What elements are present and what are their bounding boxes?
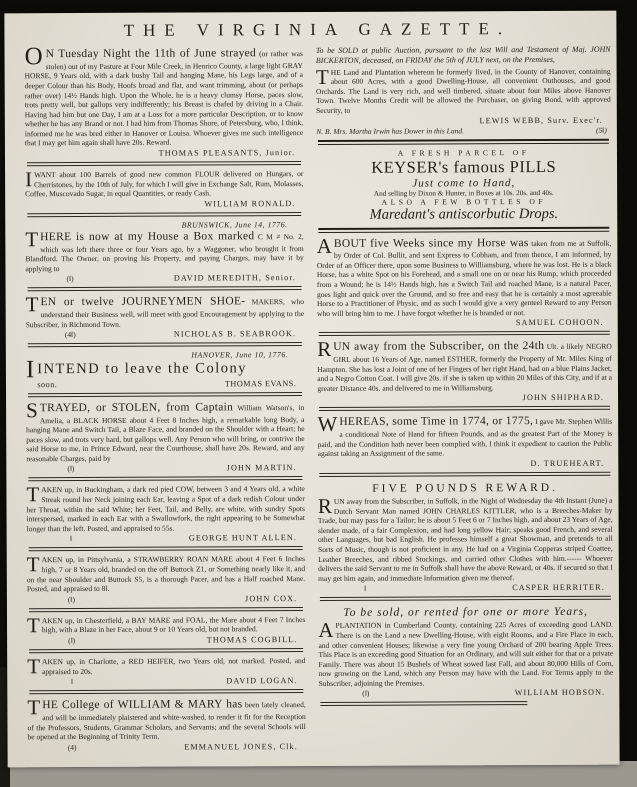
ad-taken-up-cow: TAKEN up, in Buckingham, a dark red pied… xyxy=(26,484,305,545)
ad-lead: EN or twelve JOURNEYMEN SHOE- xyxy=(40,296,245,309)
footnote-mark: (5‖) xyxy=(596,125,607,134)
ad-body: soon. xyxy=(37,380,90,389)
ad-signature: SAMUEL COHOON. xyxy=(411,318,611,328)
ad-body: AKEN up, in Buckingham, a dark red pied … xyxy=(27,485,305,534)
ad-heading: To be sold, or rented for one or more Ye… xyxy=(318,606,613,619)
ad-lead: HERE is now at my House a Box marked xyxy=(40,230,254,243)
drop-cap: S xyxy=(26,401,40,419)
footnote-mark: (‖) xyxy=(25,274,114,283)
drop-cap: I xyxy=(25,170,34,188)
ad-taken-up-red-heifer: TAKEN up, in Charlotte, a RED HEIFER, tw… xyxy=(27,655,305,687)
ad-box-brunswick: BRUNSWICK, June 14, 1776. THERE is now a… xyxy=(25,219,304,285)
drop-cap: W xyxy=(317,415,339,433)
drop-cap: R xyxy=(318,497,334,515)
ad-divider-rule xyxy=(28,392,302,397)
ad-body: WANT about 100 Barrels of good new commo… xyxy=(25,169,303,198)
ad-signature: DAVID LOGAN. xyxy=(116,676,305,686)
ad-divider-rule xyxy=(28,286,302,291)
ad-want-flour: IWANT about 100 Barrels of good new comm… xyxy=(25,168,304,210)
ad-signature: LEWIS WEBB, Surv. Exec'r. xyxy=(410,115,610,125)
ad-whereas-note-of-hand: WHEREAS, some Time in 1774, or 1775, I g… xyxy=(317,413,612,470)
footnote-mark: ‖ xyxy=(27,677,116,686)
ad-divider-rule xyxy=(29,607,303,612)
footnote-mark: (4‖) xyxy=(26,330,115,339)
drop-cap: T xyxy=(27,657,42,675)
ad-intro: To be SOLD at public Auction, pursuant t… xyxy=(316,45,611,67)
ad-signature: CASPER HERRITER. xyxy=(412,583,612,593)
drops-title: Maredant's antiscorbutic Drops. xyxy=(317,205,612,223)
footnote-mark: (‖) xyxy=(319,689,413,698)
footnote-mark: (‖) xyxy=(27,636,116,645)
ad-divider-rule-heavy xyxy=(318,138,609,144)
ad-journeymen-shoemakers: TEN or twelve JOURNEYMEN SHOE- MAKERS, w… xyxy=(26,293,305,340)
scan-right-border xyxy=(622,0,637,787)
ad-divider-rule xyxy=(27,161,301,166)
ad-signature: EMMANUEL JONES, Clk. xyxy=(117,742,306,752)
footnote-mark: ‖ xyxy=(318,584,412,593)
ad-signature: DAVID MEREDITH, Senior. xyxy=(115,273,304,283)
ad-lead: N Tuesday Night the 11th of June strayed xyxy=(46,47,257,60)
ad-divider-rule xyxy=(29,689,303,694)
ad-signature: THOMAS EVANS. xyxy=(91,379,305,389)
drop-cap: O xyxy=(25,47,46,67)
masthead-title: THE VIRGINIA GAZETTE. xyxy=(24,19,610,42)
ad-lead: UN away from the Subscriber, on the 24th xyxy=(333,340,544,353)
drop-cap: T xyxy=(316,67,331,85)
ad-body: (or rather was stolen) out of my Pasture… xyxy=(25,49,304,148)
ad-signature: GEORGE HUNT ALLEN. xyxy=(116,533,305,543)
ad-taken-up-roan-mare: TAKEN up, in Pittsylvania, a STRAWBERRY … xyxy=(27,553,306,605)
ad-divider-rule xyxy=(321,702,527,707)
ad-keysers-pills: A FRESH PARCEL OF KEYSER's famous PILLS … xyxy=(316,146,611,224)
ad-divider-rule xyxy=(319,331,610,336)
ad-bickerton-auction: To be SOLD at public Auction, pursuant t… xyxy=(316,44,611,137)
drop-cap: T xyxy=(26,486,41,504)
ad-lead: HEREAS, some Time in 1774, or 1775, xyxy=(339,416,533,429)
footnote-mark: ‖ xyxy=(27,534,116,543)
ad-heading: FIVE POUNDS REWARD. xyxy=(318,482,613,495)
pills-title: KEYSER's famous PILLS xyxy=(316,156,611,177)
ad-divider-rule xyxy=(28,342,302,347)
ad-signature: JOHN SHIPHARD. xyxy=(412,393,612,403)
newspaper-page: THE VIRGINIA GAZETTE. ON Tuesday Night t… xyxy=(4,11,619,768)
ad-signature: JOHN MARTIN. xyxy=(115,464,304,474)
drop-cap: I xyxy=(26,360,37,380)
ad-intend-leave-colony: HANOVER, June 10, 1776. IINTEND to leave… xyxy=(26,349,305,390)
ad-signature: NICHOLAS B. SEABROOK. xyxy=(115,329,304,339)
drop-cap: T xyxy=(27,556,42,574)
ad-body: AKEN up, in Charlotte, a RED HEIFER, two… xyxy=(42,656,306,676)
ad-signature: THOMAS PLEASANTS, Junior. xyxy=(114,148,303,158)
ad-lead: HE College of WILLIAM & MARY has xyxy=(42,699,242,712)
ad-lead: BOUT five Weeks since my Horse was xyxy=(334,237,529,250)
footnote-mark: (4) xyxy=(28,743,117,752)
ad-lead: INTEND to leave the Colony xyxy=(37,361,247,378)
ad-body: taken from me at Suffolk, by Order of Co… xyxy=(317,238,612,318)
ad-signature: JOHN COX. xyxy=(116,594,305,604)
ad-strayed-gray-horse: ON Tuesday Night the 11th of June straye… xyxy=(25,45,304,159)
ad-divider-rule-heavy xyxy=(319,226,610,232)
ad-body: HE Land and Plantation whereon he former… xyxy=(316,66,611,115)
ad-divider-rule xyxy=(320,596,611,601)
drop-cap: T xyxy=(26,296,41,314)
ad-strayed-black-horse: STRAYED, or STOLEN, from Captain William… xyxy=(26,399,305,475)
ad-signature: D. TRUEHEART. xyxy=(412,459,612,469)
footnote-mark: (‖) xyxy=(27,595,116,604)
ad-divider-rule xyxy=(29,546,303,551)
ad-college-william-mary: THE College of WILLIAM & MARY has been l… xyxy=(27,696,306,753)
ad-postscript: N. B. Mrs. Martha Irwin has Dower in thi… xyxy=(316,126,464,136)
ad-divider-rule xyxy=(27,212,301,217)
ad-body: PLANTATION in Cumberland County, contain… xyxy=(318,620,613,688)
ad-body: AKEN up, in Chesterfield, a BAY MARE and… xyxy=(42,615,306,635)
ad-five-pounds-reward: FIVE POUNDS REWARD. RUN away from the Su… xyxy=(318,479,613,595)
drop-cap: A xyxy=(318,621,335,639)
ad-divider-rule xyxy=(29,648,303,653)
left-column: ON Tuesday Night the 11th of June straye… xyxy=(25,45,306,753)
ad-signature: WILLIAM RONALD. xyxy=(114,199,303,209)
footnote-mark: (‖) xyxy=(26,464,115,473)
column-layout: ON Tuesday Night the 11th of June straye… xyxy=(25,44,614,753)
ad-signature: THOMAS COGBILL. xyxy=(116,635,305,645)
drop-cap: T xyxy=(25,230,40,248)
ad-divider-rule xyxy=(28,477,302,482)
drop-cap: A xyxy=(317,236,334,254)
ad-signature: WILLIAM HOBSON. xyxy=(413,688,613,698)
ad-plantation-cumberland: To be sold, or rented for one or more Ye… xyxy=(318,603,613,699)
ad-divider-rule xyxy=(320,472,611,477)
ad-runaway-esther: RUN away from the Subscriber, on the 24t… xyxy=(317,338,612,404)
ad-taken-up-bay-mare: TAKEN up, in Chesterfield, a BAY MARE an… xyxy=(27,614,305,646)
ad-divider-rule xyxy=(319,406,610,411)
ad-horse-taken-suffolk: ABOUT five Weeks since my Horse was take… xyxy=(317,234,612,329)
ad-lead: TRAYED, or STOLEN, from Captain xyxy=(40,401,233,414)
drop-cap: R xyxy=(317,340,333,358)
ad-body: UN away from the Subscriber, in Suffolk,… xyxy=(318,496,613,583)
drop-cap: T xyxy=(27,698,42,716)
ad-body: AKEN up, in Pittsylvania, a STRAWBERRY R… xyxy=(27,554,305,593)
drop-cap: T xyxy=(27,616,42,634)
right-column: To be SOLD at public Auction, pursuant t… xyxy=(316,44,614,752)
